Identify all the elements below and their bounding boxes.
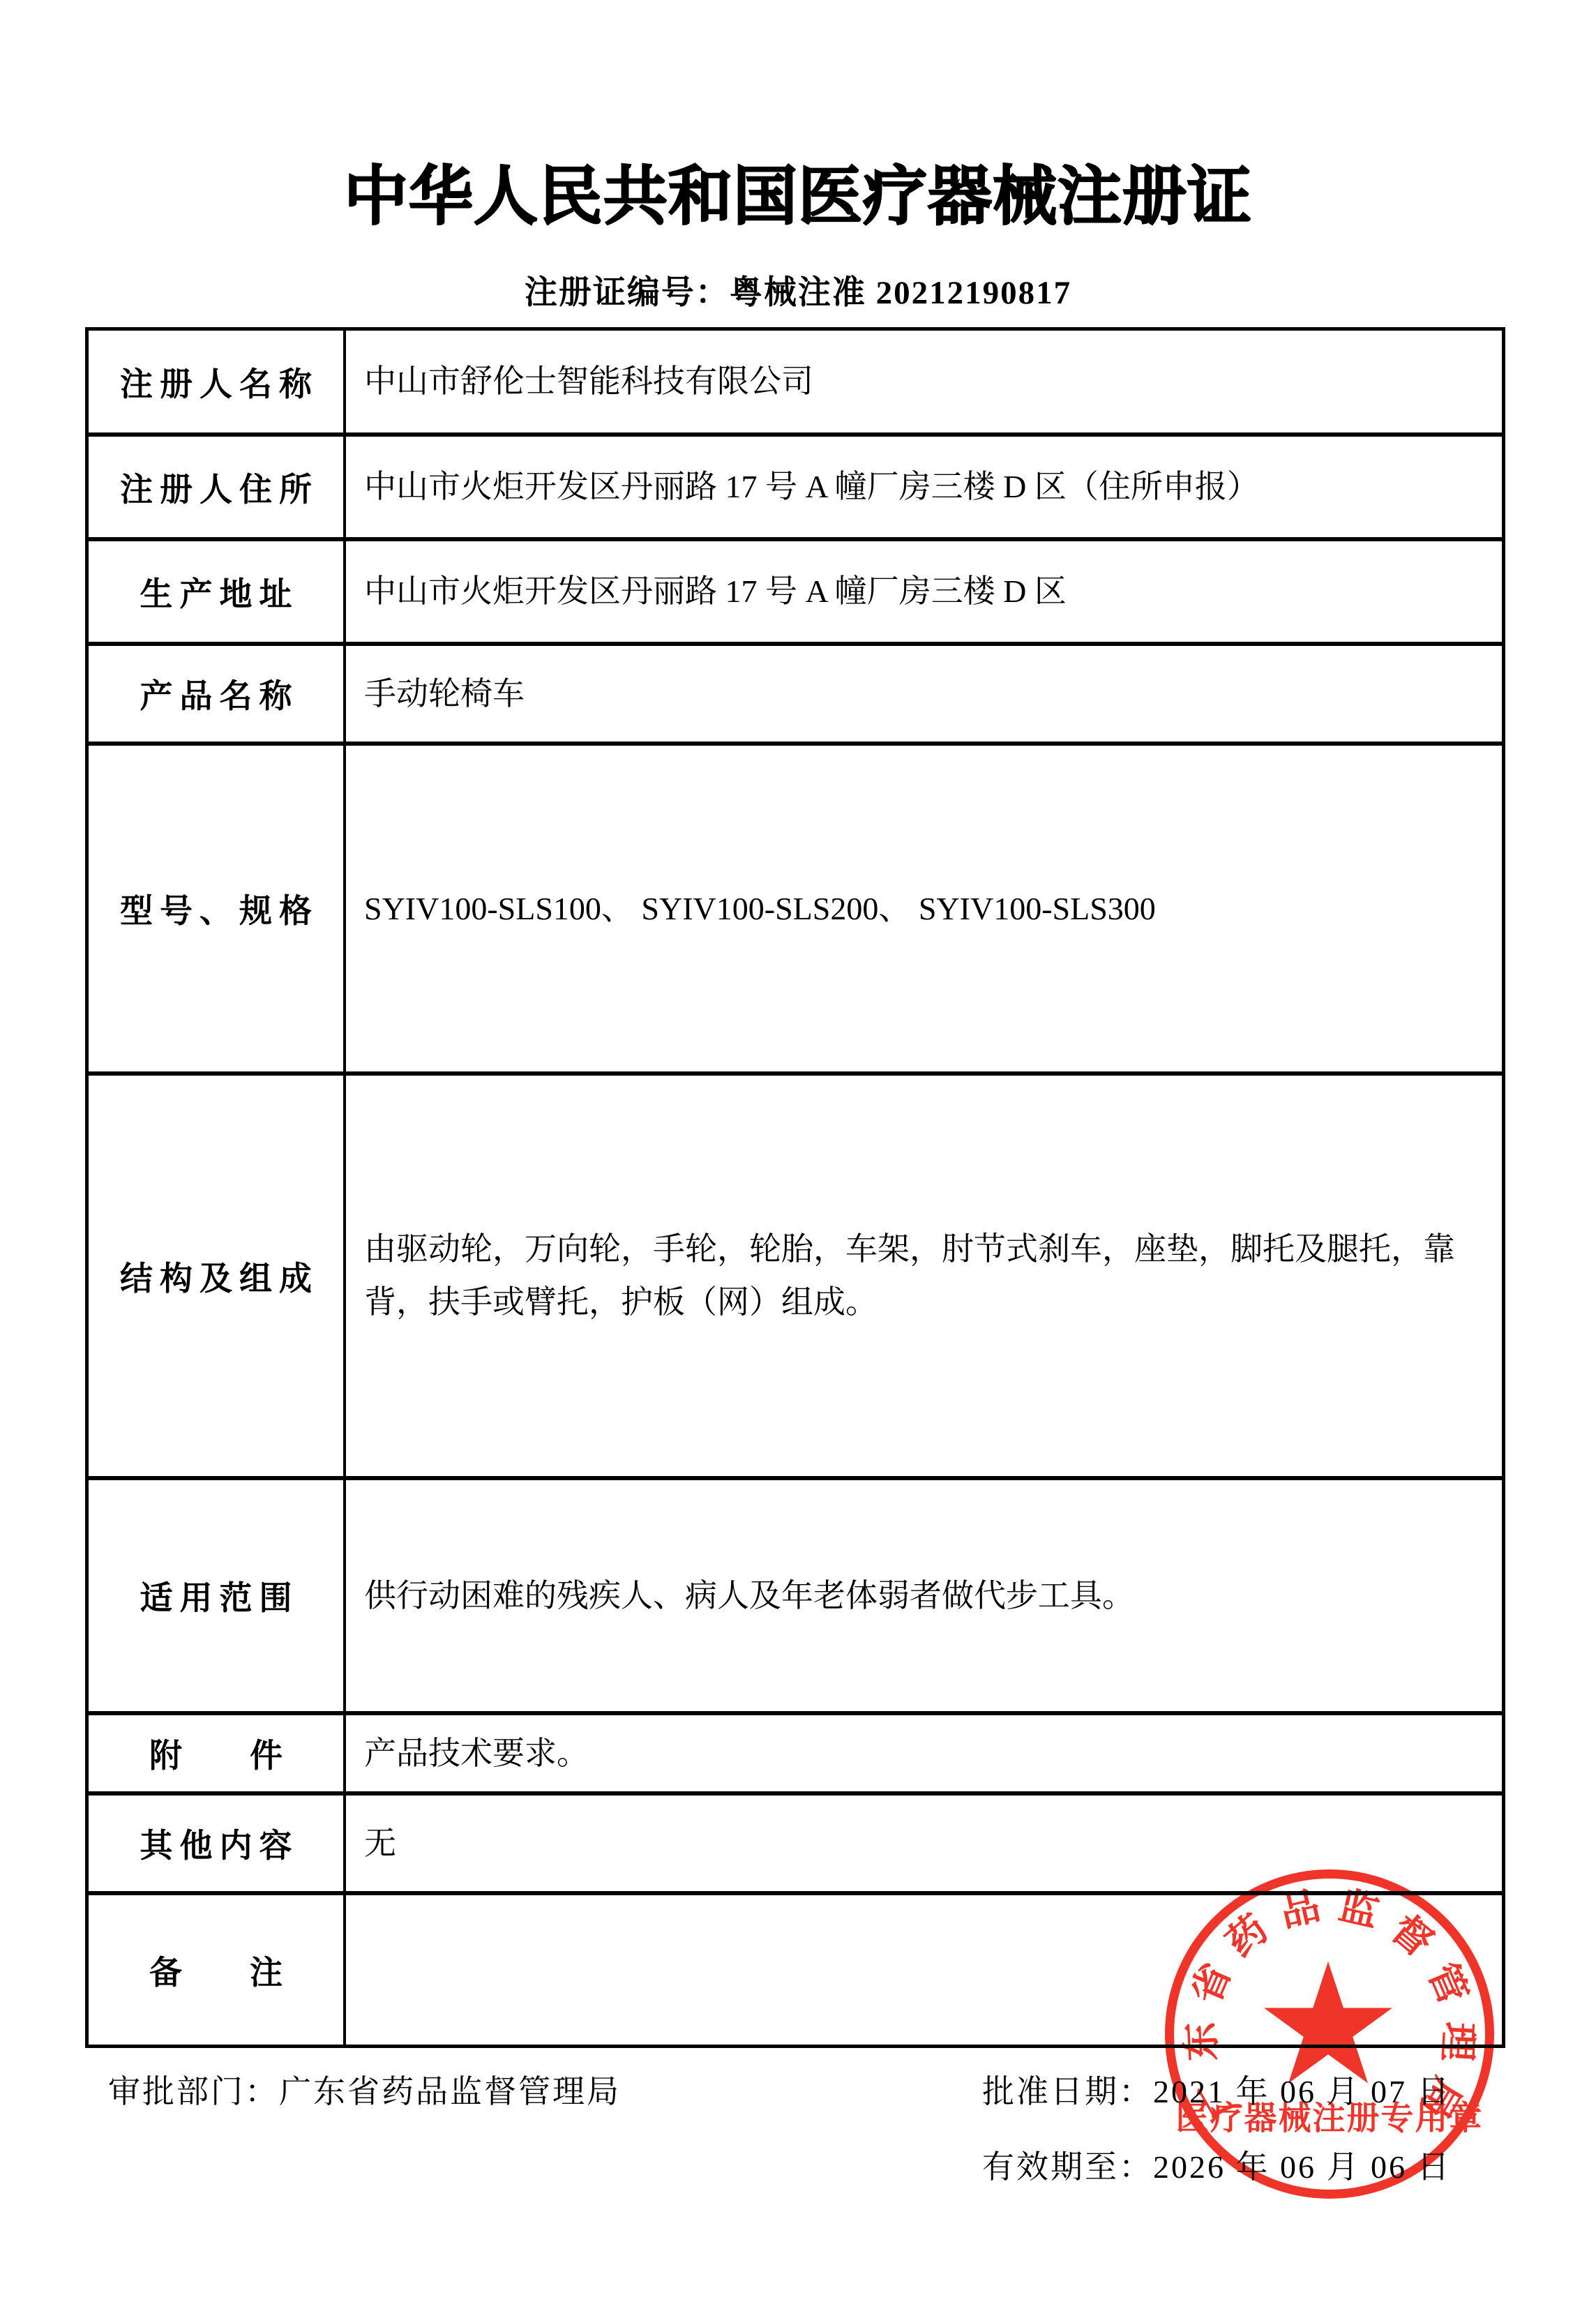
row-value: 由驱动轮，万向轮，手轮，轮胎，车架，肘节式刹车，座垫，脚托及腿托，靠背，扶手或臂… bbox=[346, 1076, 1502, 1476]
row-value: 手动轮椅车 bbox=[346, 646, 1502, 742]
table-row: 注册人住所 中山市火炬开发区丹丽路 17 号 A 幢厂房三楼 D 区（住所申报） bbox=[89, 432, 1502, 537]
table-row: 附 件 产品技术要求。 bbox=[89, 1711, 1502, 1791]
row-value: 中山市舒伦士智能科技有限公司 bbox=[346, 331, 1502, 432]
table-row: 结构及组成 由驱动轮，万向轮，手轮，轮胎，车架，肘节式刹车，座垫，脚托及腿托，靠… bbox=[89, 1071, 1502, 1476]
row-label: 型号、规格 bbox=[89, 746, 346, 1071]
registration-number: 注册证编号：粤械注准 20212190817 bbox=[0, 266, 1596, 313]
table-row: 型号、规格 SYIV100-SLS100、 SYIV100-SLS200、 SY… bbox=[89, 742, 1502, 1071]
table-row: 其他内容 无 bbox=[89, 1791, 1502, 1891]
row-label: 适用范围 bbox=[89, 1480, 346, 1711]
row-label: 注册人名称 bbox=[89, 331, 346, 432]
row-label: 其他内容 bbox=[89, 1796, 346, 1891]
row-label: 注册人住所 bbox=[89, 437, 346, 537]
row-value bbox=[346, 1895, 1502, 2045]
row-value: 中山市火炬开发区丹丽路 17 号 A 幢厂房三楼 D 区 bbox=[346, 541, 1502, 642]
certificate-table: 注册人名称 中山市舒伦士智能科技有限公司 注册人住所 中山市火炬开发区丹丽路 1… bbox=[85, 327, 1505, 2048]
page-title: 中华人民共和国医疗器械注册证 bbox=[0, 145, 1596, 237]
row-value: SYIV100-SLS100、 SYIV100-SLS200、 SYIV100-… bbox=[346, 746, 1502, 1071]
row-label: 产品名称 bbox=[89, 646, 346, 742]
row-label: 附 件 bbox=[89, 1715, 346, 1791]
row-label: 生产地址 bbox=[89, 541, 346, 642]
table-row: 适用范围 供行动困难的残疾人、病人及年老体弱者做代步工具。 bbox=[89, 1476, 1502, 1711]
row-label: 结构及组成 bbox=[89, 1076, 346, 1476]
row-value: 供行动困难的残疾人、病人及年老体弱者做代步工具。 bbox=[346, 1480, 1502, 1711]
valid-until-date: 有效期至：2026 年 06 月 06 日 bbox=[982, 2141, 1452, 2188]
row-label: 备 注 bbox=[89, 1895, 346, 2045]
table-row: 产品名称 手动轮椅车 bbox=[89, 642, 1502, 742]
row-value: 中山市火炬开发区丹丽路 17 号 A 幢厂房三楼 D 区（住所申报） bbox=[346, 437, 1502, 537]
certificate-page: 中华人民共和国医疗器械注册证 注册证编号：粤械注准 20212190817 注册… bbox=[0, 0, 1596, 2311]
table-row: 生产地址 中山市火炬开发区丹丽路 17 号 A 幢厂房三楼 D 区 bbox=[89, 537, 1502, 642]
row-value: 产品技术要求。 bbox=[346, 1715, 1502, 1791]
approval-department: 审批部门：广东省药品监督管理局 bbox=[108, 2066, 621, 2112]
table-row: 注册人名称 中山市舒伦士智能科技有限公司 bbox=[89, 331, 1502, 432]
approval-date: 批准日期：2021 年 06 月 07 日 bbox=[982, 2066, 1452, 2112]
table-row: 备 注 bbox=[89, 1891, 1502, 2045]
row-value: 无 bbox=[346, 1796, 1502, 1891]
